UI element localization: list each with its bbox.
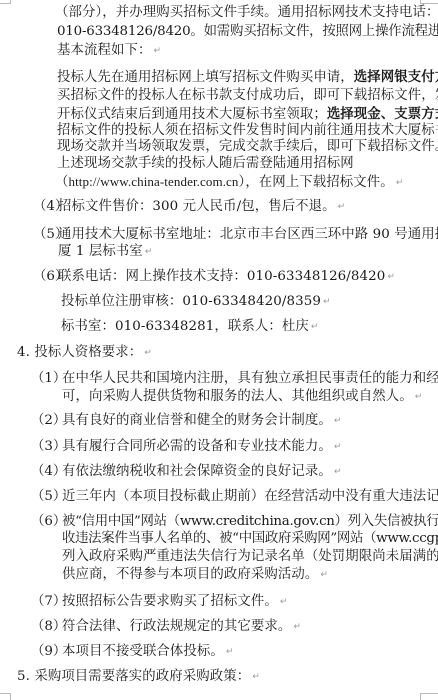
purchase-info-line: （部分），并办理购买招标文件手续。通用招标网技术支持电话： — [55, 4, 438, 22]
item-text-price: 招标文件售价：300 元人民币/包，售后不退。↵ — [58, 198, 345, 216]
paragraph-mark-icon: ↵ — [338, 202, 346, 212]
paragraph-mark-icon: ↵ — [334, 416, 342, 426]
requirement-text: 可，向采购人提供货物和服务的法人、其他组织或自然人。↵ — [62, 388, 422, 406]
emphasis-online-payment: 选择网银支付方式 — [354, 69, 438, 85]
contact-bid-office: 标书室：010-63348281，联系人：杜庆↵ — [61, 318, 319, 336]
paragraph-mark-icon: ↵ — [334, 442, 342, 452]
section-heading-procurement-policy: 5. 采购项目需要落实的政府采购政策：↵ — [17, 668, 260, 686]
item-text-contact: 联系电话：网上操作技术支持：010-63348126/8420↵ — [58, 268, 395, 286]
item-text-address: 厦 1 层标书室↵ — [58, 243, 152, 261]
flow-line: （http://www.china-tender.com.cn），在网上下载招标… — [55, 173, 403, 191]
paragraph-mark-icon: ↵ — [293, 622, 301, 632]
paragraph-mark-icon: ↵ — [252, 672, 260, 682]
page-corner-mark — [0, 693, 11, 700]
section-heading-bidder-qualifications: 4. 投标人资格要求：↵ — [17, 344, 152, 362]
paragraph-mark-icon: ↵ — [396, 178, 404, 188]
purchase-info-line: 010-63348126/8420。如需购买招标文件，按照网上操作流程进行购买， — [57, 23, 438, 41]
contact-registration: 投标单位注册审核：010-63348420/8359↵ — [61, 293, 331, 311]
requirement-text: 有依法缴纳税收和社会保障资金的良好记录。↵ — [62, 463, 341, 481]
requirement-text: 符合法律、行政法规规定的其它要求。↵ — [62, 618, 301, 636]
paragraph-mark-icon: ↵ — [415, 392, 423, 402]
paragraph-mark-icon: ↵ — [320, 570, 328, 580]
flow-line: 上述现场交款手续的投标人随后需登陆通用招标网 — [57, 155, 354, 173]
requirement-text: 列入政府采购严重违法失信行为记录名单（处罚期限尚未届满的）的 — [62, 548, 438, 566]
paragraph-mark-icon: ↵ — [280, 597, 288, 607]
paragraph-mark-icon: ↵ — [334, 467, 342, 477]
requirement-text: 具有履行合同所必需的设备和专业技术能力。↵ — [62, 438, 341, 456]
purchase-info-line: 基本流程如下：↵ — [57, 42, 161, 60]
emphasis-cash-check: 选择现金、支票方式 — [327, 106, 438, 122]
paragraph-mark-icon: ↵ — [153, 46, 161, 56]
flow-line: 买招标文件的投标人在标书款支付成功后，即可下载招标文件，发票在 — [57, 87, 438, 105]
requirement-text: 按照招标公告要求购买了招标文件。↵ — [62, 593, 288, 611]
document-page: （部分），并办理购买招标文件手续。通用招标网技术支持电话： 010-633481… — [0, 0, 438, 700]
requirement-text: 近三年内（本项目投标截止期前）在经营活动中没有重大违法记录。↵ — [62, 488, 438, 506]
requirement-text: 被“信用中国”网站（www.creditchina.gov.cn）列入失信被执行… — [62, 513, 438, 531]
requirement-text: 本项目不接受联合体投标。↵ — [62, 643, 234, 661]
flow-line: 投标人先在通用招标网上填写招标文件购买申请，选择网银支付方式购 — [57, 68, 438, 86]
requirement-text: 在中华人民共和国境内注册，具有独立承担民事责任的能力和经营许 — [62, 370, 438, 388]
requirement-text: 收违法案件当事人名单的、被“中国政府采购网”网站（www.ccgp.gov.cn… — [62, 530, 438, 548]
paragraph-mark-icon: ↵ — [226, 647, 234, 657]
paragraph-mark-icon: ↵ — [144, 348, 152, 358]
requirement-text: 具有良好的商业信誉和健全的财务会计制度。↵ — [62, 412, 341, 430]
flow-line: 现场交款并当场领取发票，完成交款手续后，即可下载招标文件。完成 — [57, 138, 438, 156]
paragraph-mark-icon: ↵ — [311, 322, 319, 332]
flow-line: 开标仪式结束后到通用技术大厦标书室领取；选择现金、支票方式购买 — [57, 105, 438, 123]
paragraph-mark-icon: ↵ — [323, 297, 331, 307]
requirement-text: 供应商，不得参与本项目的政府采购活动。↵ — [62, 566, 328, 584]
china-tender-link[interactable]: http://www.china-tender.com.cn — [69, 174, 239, 189]
item-text-address: 通用技术大厦标书室地址：北京市丰台区西三环中路 90 号通用技术大 — [58, 226, 438, 244]
paragraph-mark-icon: ↵ — [145, 247, 153, 257]
page-corner-mark — [0, 0, 11, 4]
page-corner-mark — [420, 693, 438, 700]
paragraph-mark-icon: ↵ — [387, 272, 395, 282]
